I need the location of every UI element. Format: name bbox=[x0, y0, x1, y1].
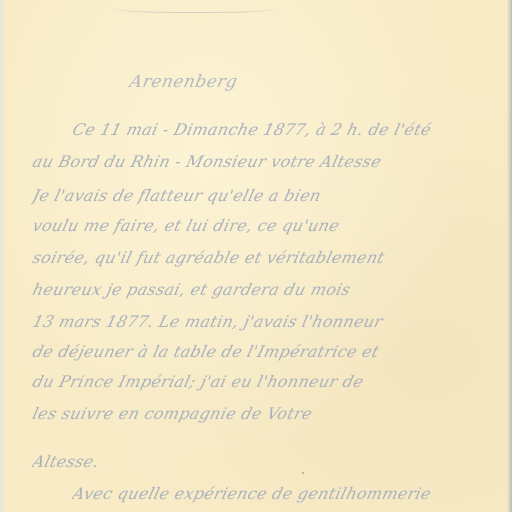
document-scan: Arenenberg Ce 11 mai - Dimanche 1877, à … bbox=[0, 0, 512, 512]
text-line: Je l'avais de flatteur qu'elle a bien bbox=[31, 186, 496, 205]
text-line: Avec quelle expérience de gentilhommerie bbox=[71, 484, 512, 503]
text-line: au Bord du Rhin - Monsieur votre Altesse bbox=[31, 152, 496, 171]
text-line: de déjeuner à la table de l'Impératrice … bbox=[31, 342, 496, 361]
text-line: les suivre en compagnie de Votre bbox=[31, 404, 496, 423]
text-line: soirée, qu'il fut agréable et véritablem… bbox=[31, 248, 496, 267]
letter-page: Arenenberg Ce 11 mai - Dimanche 1877, à … bbox=[5, 0, 507, 512]
paper-stain bbox=[302, 472, 304, 474]
text-line: voulu me faire, et lui dire, ce qu'une bbox=[31, 216, 496, 235]
text-line: heureux je passai, et gardera du mois bbox=[31, 280, 496, 299]
text-line: 13 mars 1877. Le matin, j'avais l'honneu… bbox=[31, 312, 496, 331]
text-line: Ce 11 mai - Dimanche 1877, à 2 h. de l'é… bbox=[71, 120, 512, 139]
text-line: du Prince Impérial; j'ai eu l'honneur de bbox=[31, 372, 496, 391]
letter-title: Arenenberg bbox=[128, 72, 240, 92]
header-mark bbox=[115, 2, 275, 13]
page-edge-right bbox=[507, 0, 512, 512]
text-line: Altesse. bbox=[31, 452, 496, 471]
